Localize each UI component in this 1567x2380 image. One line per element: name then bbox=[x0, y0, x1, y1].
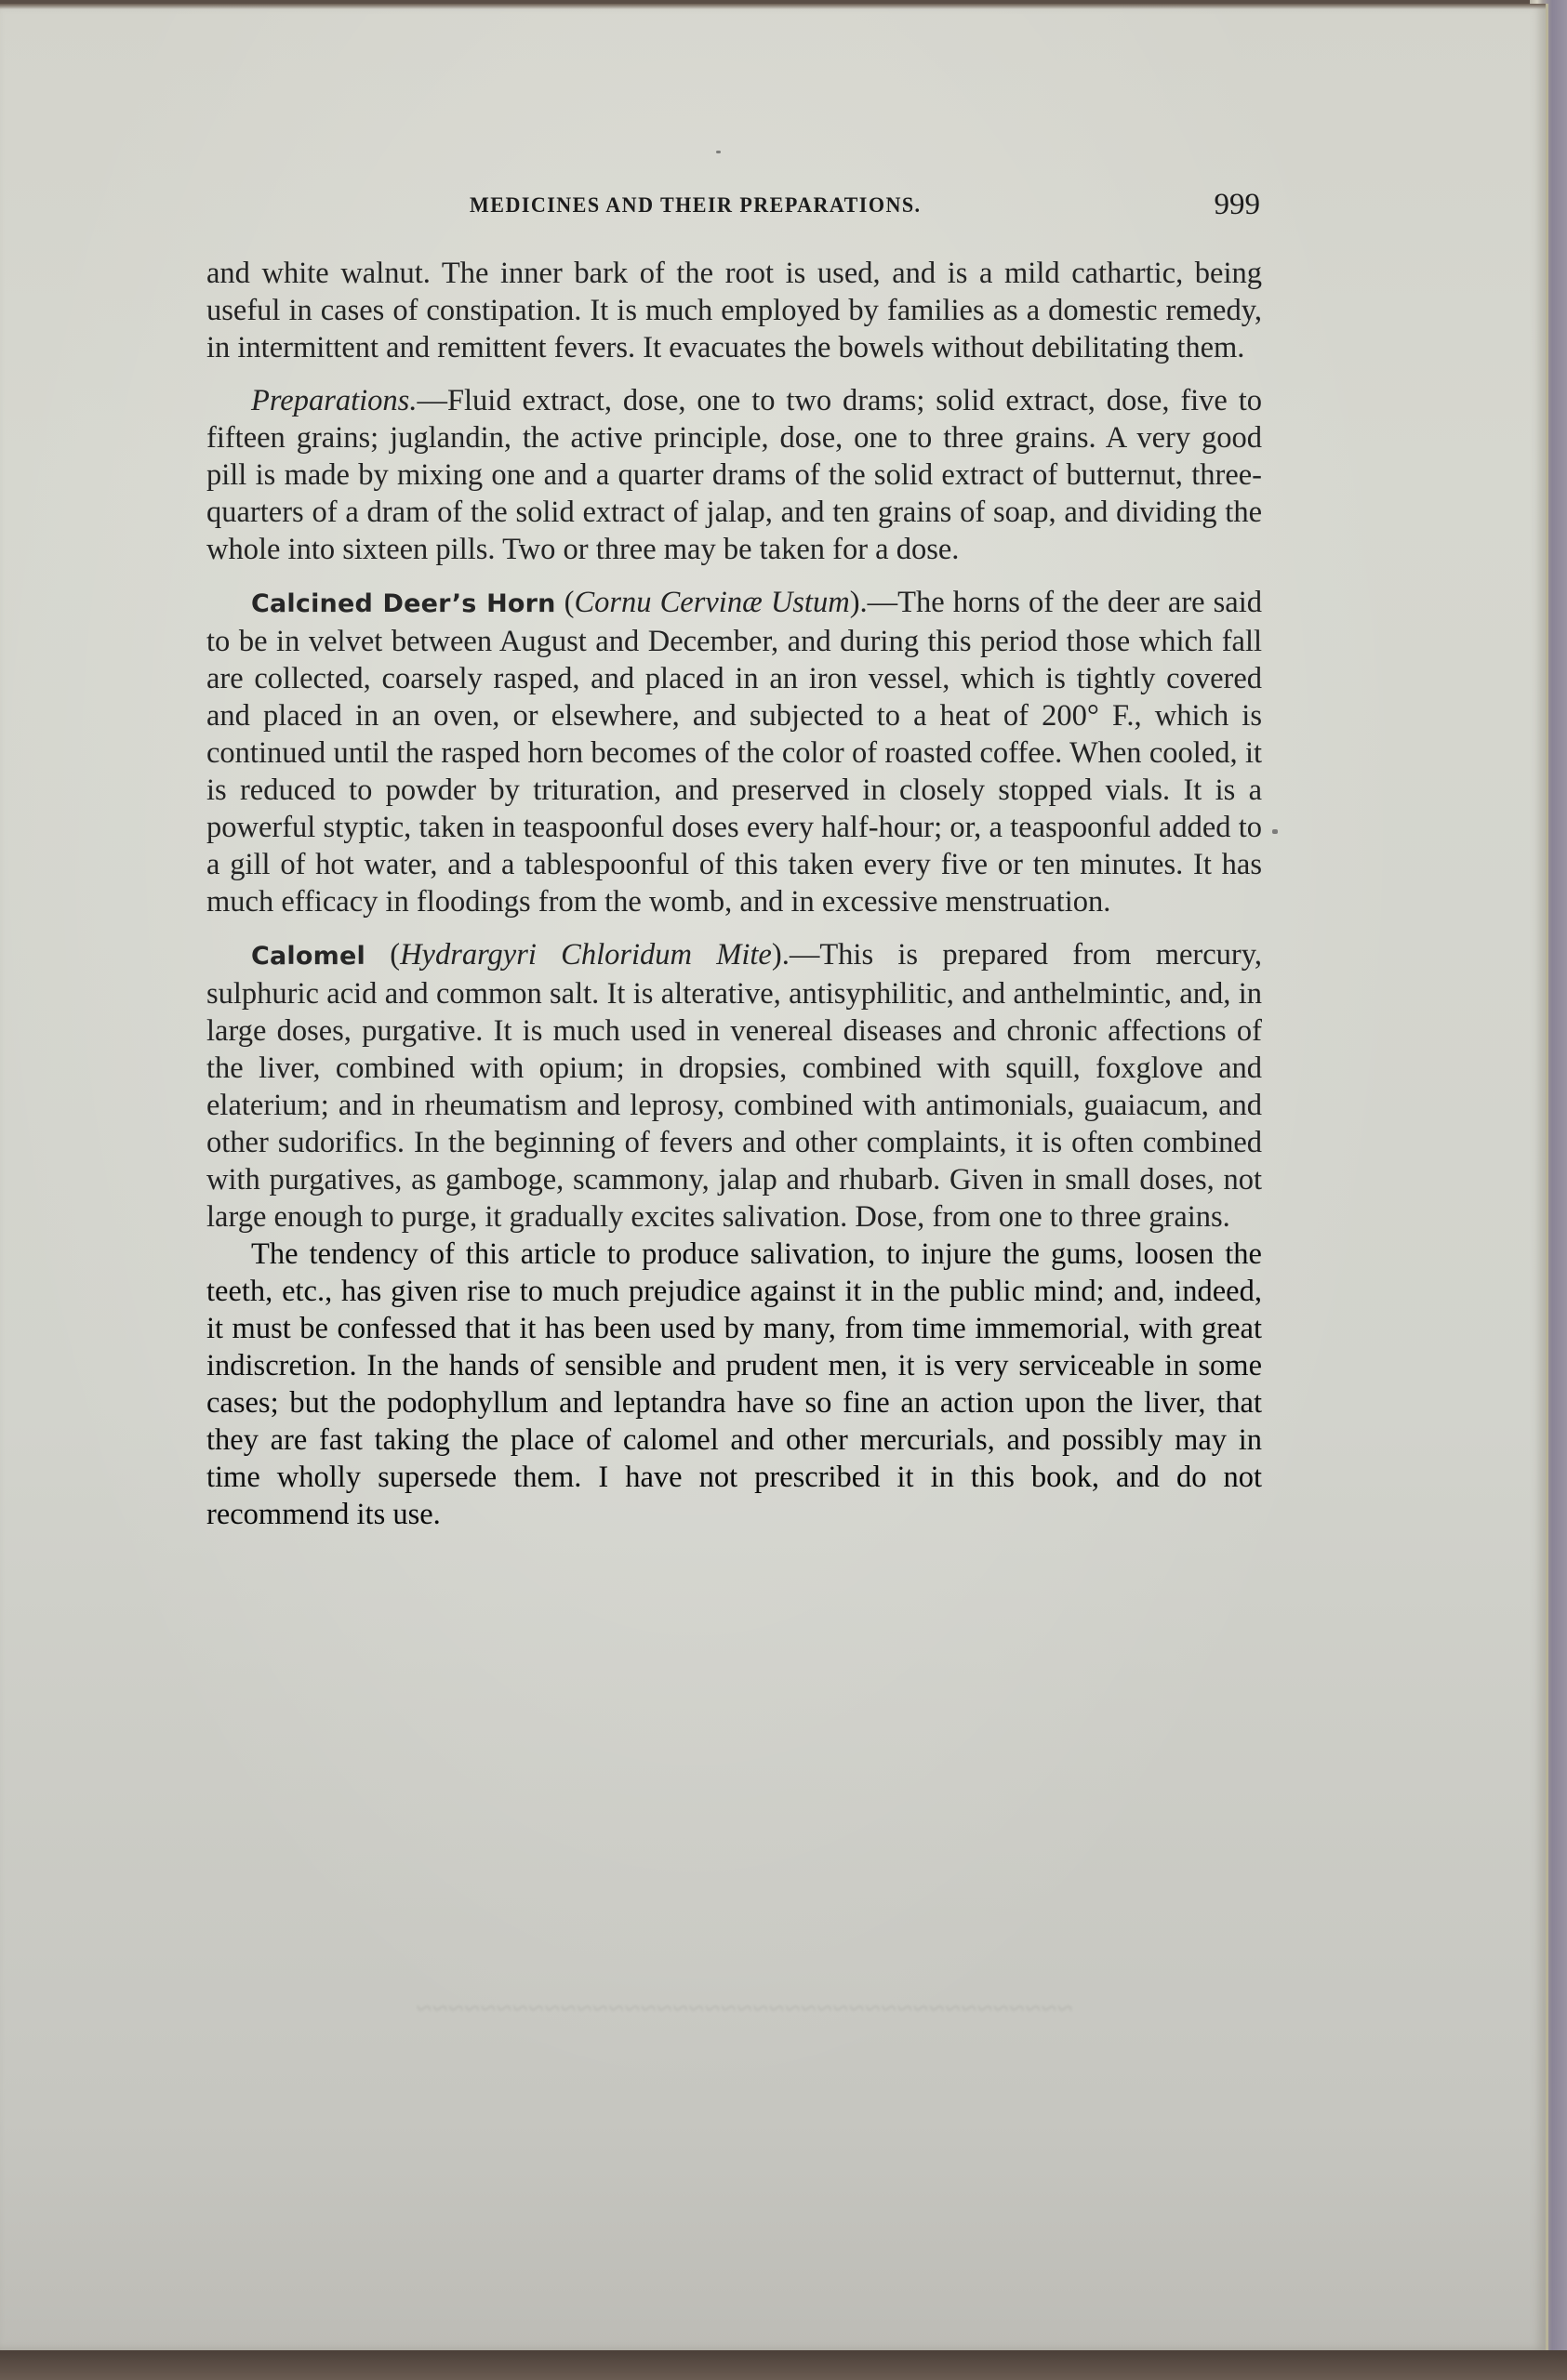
running-head-title: MEDICINES AND THEIR PREPARATIONS. bbox=[470, 193, 922, 218]
paragraph-calomel-caution: The tendency of this article to produce … bbox=[206, 1236, 1262, 1533]
preparations-lead-in: Preparations. bbox=[251, 384, 417, 417]
paper-speck bbox=[716, 151, 721, 153]
page-top-shadow bbox=[0, 4, 1546, 9]
entry-calomel: Calomel (Hydrargyri Chloridum Mite).—Thi… bbox=[206, 936, 1262, 1236]
paragraph-gap bbox=[206, 568, 1262, 584]
paragraph-butternut-preparations: Preparations.—Fluid extract, dose, one t… bbox=[206, 382, 1262, 568]
book-page: MEDICINES AND THEIR PREPARATIONS. 999 an… bbox=[0, 4, 1548, 2350]
paper-speck bbox=[1272, 829, 1278, 834]
latin-paren-open: ( bbox=[556, 586, 575, 619]
caution-text: The tendency of this article to produce … bbox=[206, 1237, 1262, 1494]
body-text: and white walnut. The inner bark of the … bbox=[206, 255, 1262, 1533]
entry-text: —This is prepared from mercury, sulphuri… bbox=[206, 938, 1262, 1234]
latin-paren-open: ( bbox=[365, 938, 400, 972]
latin-name: Cornu Cervinæ Ustum bbox=[574, 586, 849, 619]
paragraph-gap bbox=[206, 920, 1262, 936]
reverse-side-bleed-through: ~~~~~~~~~~~~~~~~~~~~~~~~~~~~~~~~~~~~~~~~… bbox=[232, 1993, 1255, 2030]
latin-paren-close: ). bbox=[850, 586, 868, 619]
entry-title: Calcined Deer’s Horn bbox=[251, 589, 556, 618]
latin-paren-close: ). bbox=[772, 938, 790, 972]
paragraph-butternut-continuation: and white walnut. The inner bark of the … bbox=[206, 255, 1262, 366]
entry-title: Calomel bbox=[251, 942, 365, 971]
entry-calcined-deers-horn: Calcined Deer’s Horn (Cornu Cervinæ Ustu… bbox=[206, 584, 1262, 920]
entry-text: —The horns of the deer are said to be in… bbox=[206, 586, 1262, 919]
paragraph-gap bbox=[206, 366, 1262, 382]
page-number: 999 bbox=[1215, 188, 1261, 222]
running-head: MEDICINES AND THEIR PREPARATIONS. 999 bbox=[200, 188, 1269, 225]
latin-name: Hydrargyri Chloridum Mite bbox=[400, 938, 772, 972]
book-cover-backdrop bbox=[0, 2350, 1567, 2380]
